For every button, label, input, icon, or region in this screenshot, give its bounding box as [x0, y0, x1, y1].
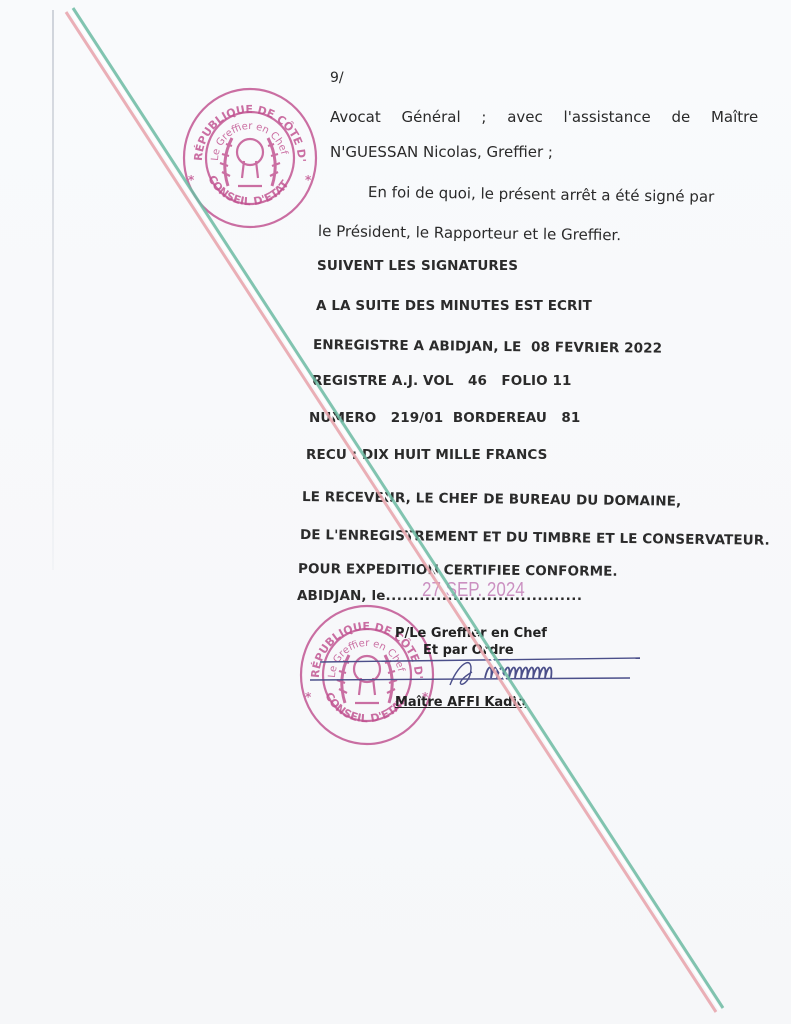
paragraph-line: N'GUESSAN Nicolas, Greffier ; [330, 143, 553, 161]
registration-line: NUMERO 219/01 BORDEREAU 81 [309, 410, 580, 426]
handwritten-signature-icon [300, 650, 650, 695]
svg-text:*: * [305, 173, 312, 187]
registration-line: LE RECEVEUR, LE CHEF DE BUREAU DU DOMAIN… [302, 489, 681, 510]
paragraph-line: En foi de quoi, le présent arrêt a été s… [368, 183, 715, 206]
paragraph-line: le Président, le Rapporteur et le Greffi… [318, 222, 621, 244]
signature-title: P/Le Greffier en Chef [395, 626, 547, 641]
registration-line: REGISTRE A.J. VOL 46 FOLIO 11 [312, 373, 572, 389]
svg-text:*: * [188, 173, 195, 187]
seal-stamp-icon: RÉPUBLIQUE DE CÔTE D'IVOIRE CONSEIL D'ET… [180, 86, 320, 231]
paragraph-line: Avocat Général ; avec l'assistance de Ma… [330, 108, 758, 126]
seal-bottom-text: CONSEIL D'ETAT [205, 173, 292, 208]
svg-text:CONSEIL D'ETAT: CONSEIL D'ETAT [205, 173, 292, 208]
date-stamp: 27 SEP. 2024 [422, 579, 525, 602]
signatory-name: Maître AFFI Kadio [395, 695, 526, 710]
document-page: RÉPUBLIQUE DE CÔTE D'IVOIRE CONSEIL D'ET… [0, 0, 791, 1024]
registration-line: ENREGISTRE A ABIDJAN, LE 08 FEVRIER 2022 [313, 337, 662, 357]
registration-line: POUR EXPEDITION CERTIFIEE CONFORME. [298, 561, 618, 580]
margin-line [52, 10, 54, 570]
registration-line: A LA SUITE DES MINUTES EST ECRIT [316, 298, 592, 314]
page-number: 9/ [330, 70, 344, 86]
registration-line: RECU : DIX HUIT MILLE FRANCS [306, 447, 547, 463]
place-label: ABIDJAN, le [297, 588, 385, 604]
registration-line: DE L'ENREGISTREMENT ET DU TIMBRE ET LE C… [300, 527, 770, 549]
registration-line: SUIVENT LES SIGNATURES [317, 258, 518, 274]
